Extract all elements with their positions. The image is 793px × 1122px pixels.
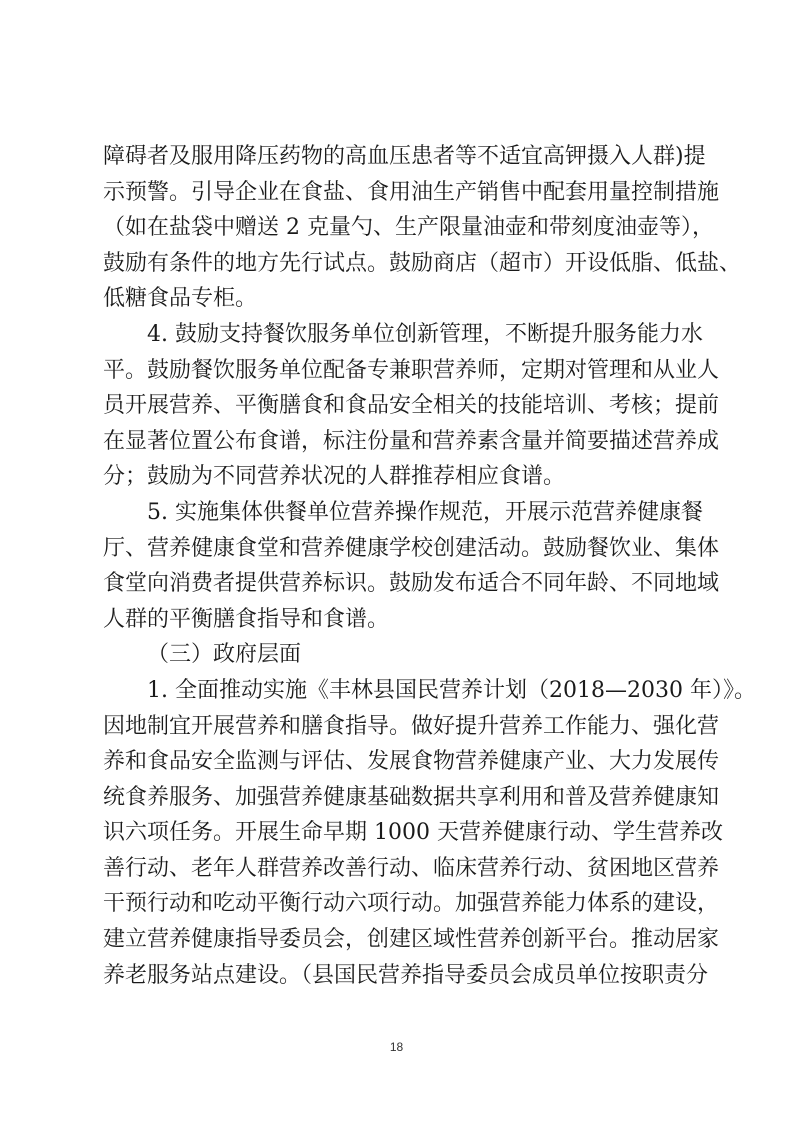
- text-line: 干预行动和吃动平衡行动六项行动。加强营养能力体系的建设，: [103, 886, 691, 922]
- body-text: 障碍者及服用降压药物的高血压患者等不适宜高钾摄入人群)提示预警。引导企业在食盐、…: [103, 139, 691, 993]
- text-line: 识六项任务。开展生命早期 1000 天营养健康行动、学生营养改: [103, 815, 691, 851]
- text-line: 示预警。引导企业在食盐、食用油生产销售中配套用量控制措施: [103, 175, 691, 211]
- text-line: 因地制宜开展营养和膳食指导。做好提升营养工作能力、强化营: [103, 709, 691, 745]
- page-number: 18: [0, 1040, 793, 1054]
- text-line: （如在盐袋中赠送 2 克量勺、生产限量油壶和带刻度油壶等），: [103, 210, 691, 246]
- text-line: 分；鼓励为不同营养状况的人群推荐相应食谱。: [103, 459, 691, 495]
- text-line: 5. 实施集体供餐单位营养操作规范，开展示范营养健康餐: [103, 495, 691, 531]
- text-line: 养老服务站点建设。（县国民营养指导委员会成员单位按职责分: [103, 958, 691, 994]
- text-line: 善行动、老年人群营养改善行动、临床营养行动、贫困地区营养: [103, 851, 691, 887]
- text-line: 建立营养健康指导委员会，创建区域性营养创新平台。推动居家: [103, 922, 691, 958]
- text-line: 障碍者及服用降压药物的高血压患者等不适宜高钾摄入人群)提: [103, 139, 691, 175]
- text-line: 员开展营养、平衡膳食和食品安全相关的技能培训、考核；提前: [103, 388, 691, 424]
- text-line: 平。鼓励餐饮服务单位配备专兼职营养师，定期对管理和从业人: [103, 353, 691, 389]
- text-line: 人群的平衡膳食指导和食谱。: [103, 602, 691, 638]
- text-line: （三）政府层面: [103, 637, 691, 673]
- text-line: 在显著位置公布食谱，标注份量和营养素含量并简要描述营养成: [103, 424, 691, 460]
- text-line: 统食养服务、加强营养健康基础数据共享利用和普及营养健康知: [103, 780, 691, 816]
- text-line: 厅、营养健康食堂和营养健康学校创建活动。鼓励餐饮业、集体: [103, 531, 691, 567]
- text-line: 4. 鼓励支持餐饮服务单位创新管理，不断提升服务能力水: [103, 317, 691, 353]
- document-page: 障碍者及服用降压药物的高血压患者等不适宜高钾摄入人群)提示预警。引导企业在食盐、…: [0, 0, 793, 1122]
- text-line: 养和食品安全监测与评估、发展食物营养健康产业、大力发展传: [103, 744, 691, 780]
- text-line: 低糖食品专柜。: [103, 281, 691, 317]
- text-line: 食堂向消费者提供营养标识。鼓励发布适合不同年龄、不同地域: [103, 566, 691, 602]
- text-line: 鼓励有条件的地方先行试点。鼓励商店（超市）开设低脂、低盐、: [103, 246, 691, 282]
- text-line: 1. 全面推动实施《丰林县国民营养计划（2018—2030 年）》。: [103, 673, 691, 709]
